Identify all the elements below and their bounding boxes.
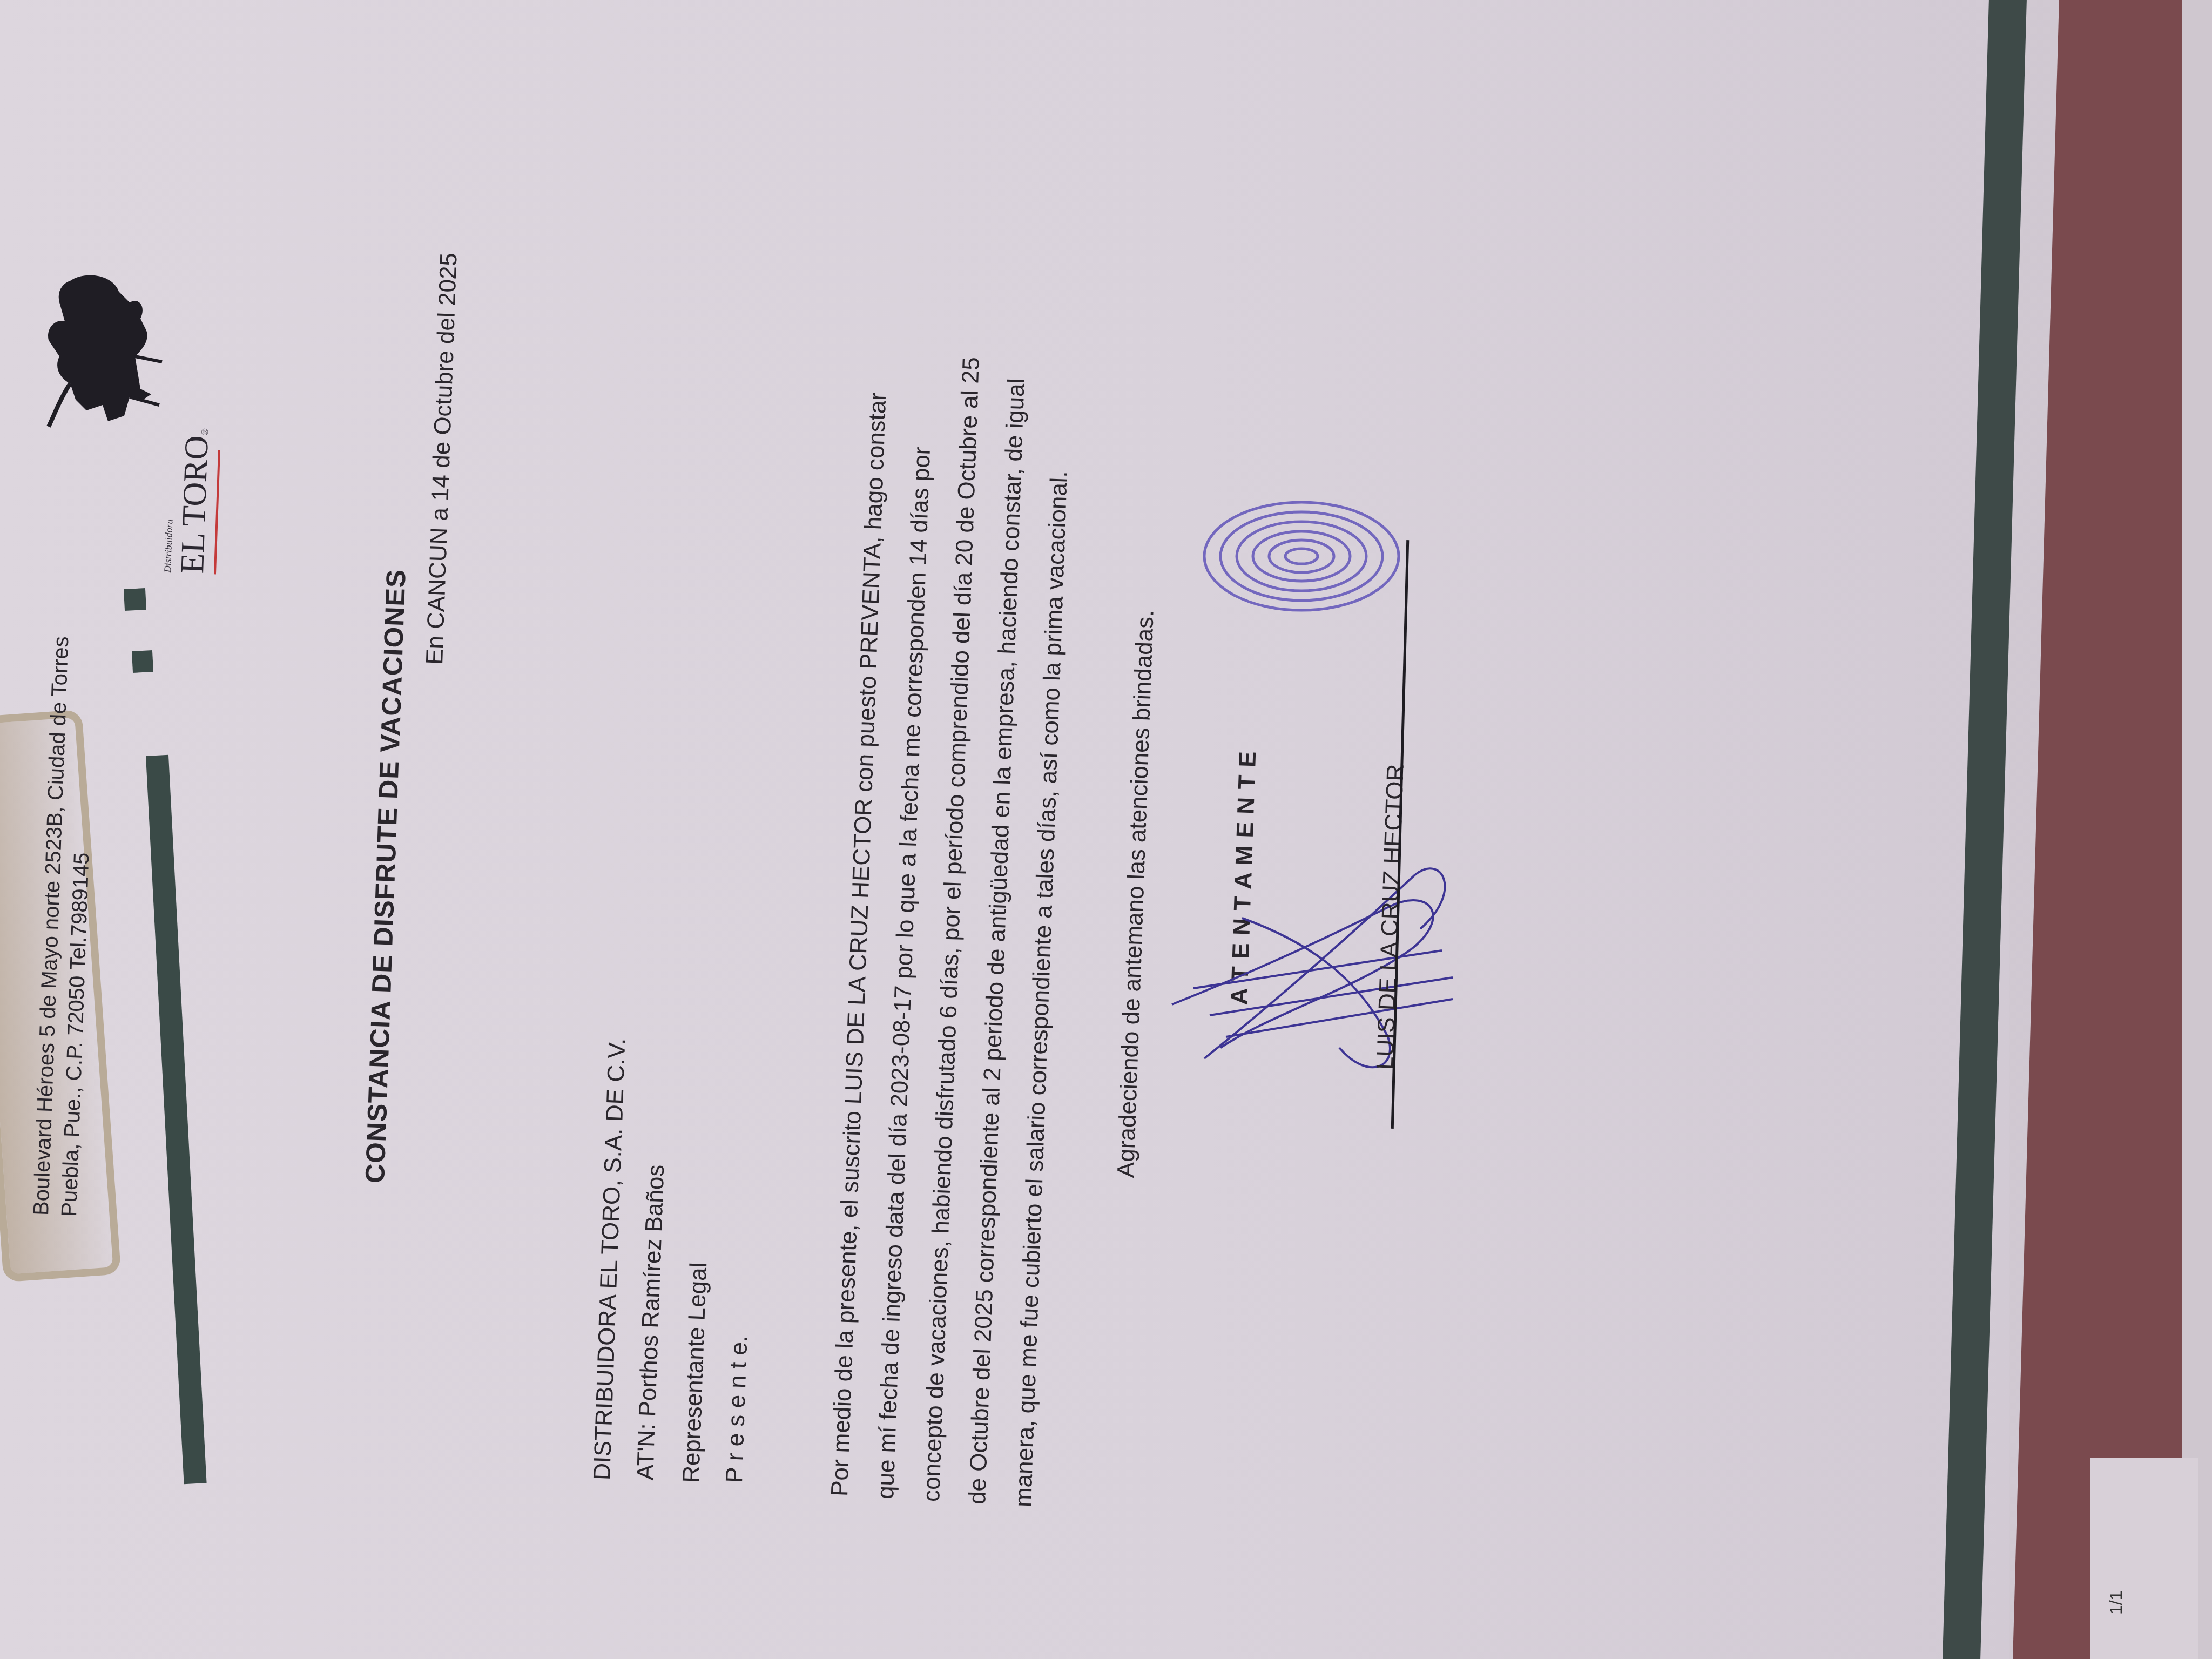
fingerprint-mark xyxy=(1188,486,1415,626)
footer-white-strip xyxy=(2090,1458,2198,1659)
company-logo: Distribuidora EL TORO® xyxy=(162,427,221,574)
page-indicator: 1/1 xyxy=(2106,1591,2126,1615)
handwritten-signature xyxy=(1161,810,1464,1091)
bull-logo-icon xyxy=(38,259,167,432)
letterhead-accent-square xyxy=(124,588,146,611)
logo-registered-mark: ® xyxy=(199,428,210,436)
logo-brand: EL TORO xyxy=(174,435,215,574)
letterhead-accent-square-2 xyxy=(132,650,153,673)
page-edge xyxy=(2182,0,2212,1659)
greeting: P r e s e n t e. xyxy=(721,1335,753,1483)
